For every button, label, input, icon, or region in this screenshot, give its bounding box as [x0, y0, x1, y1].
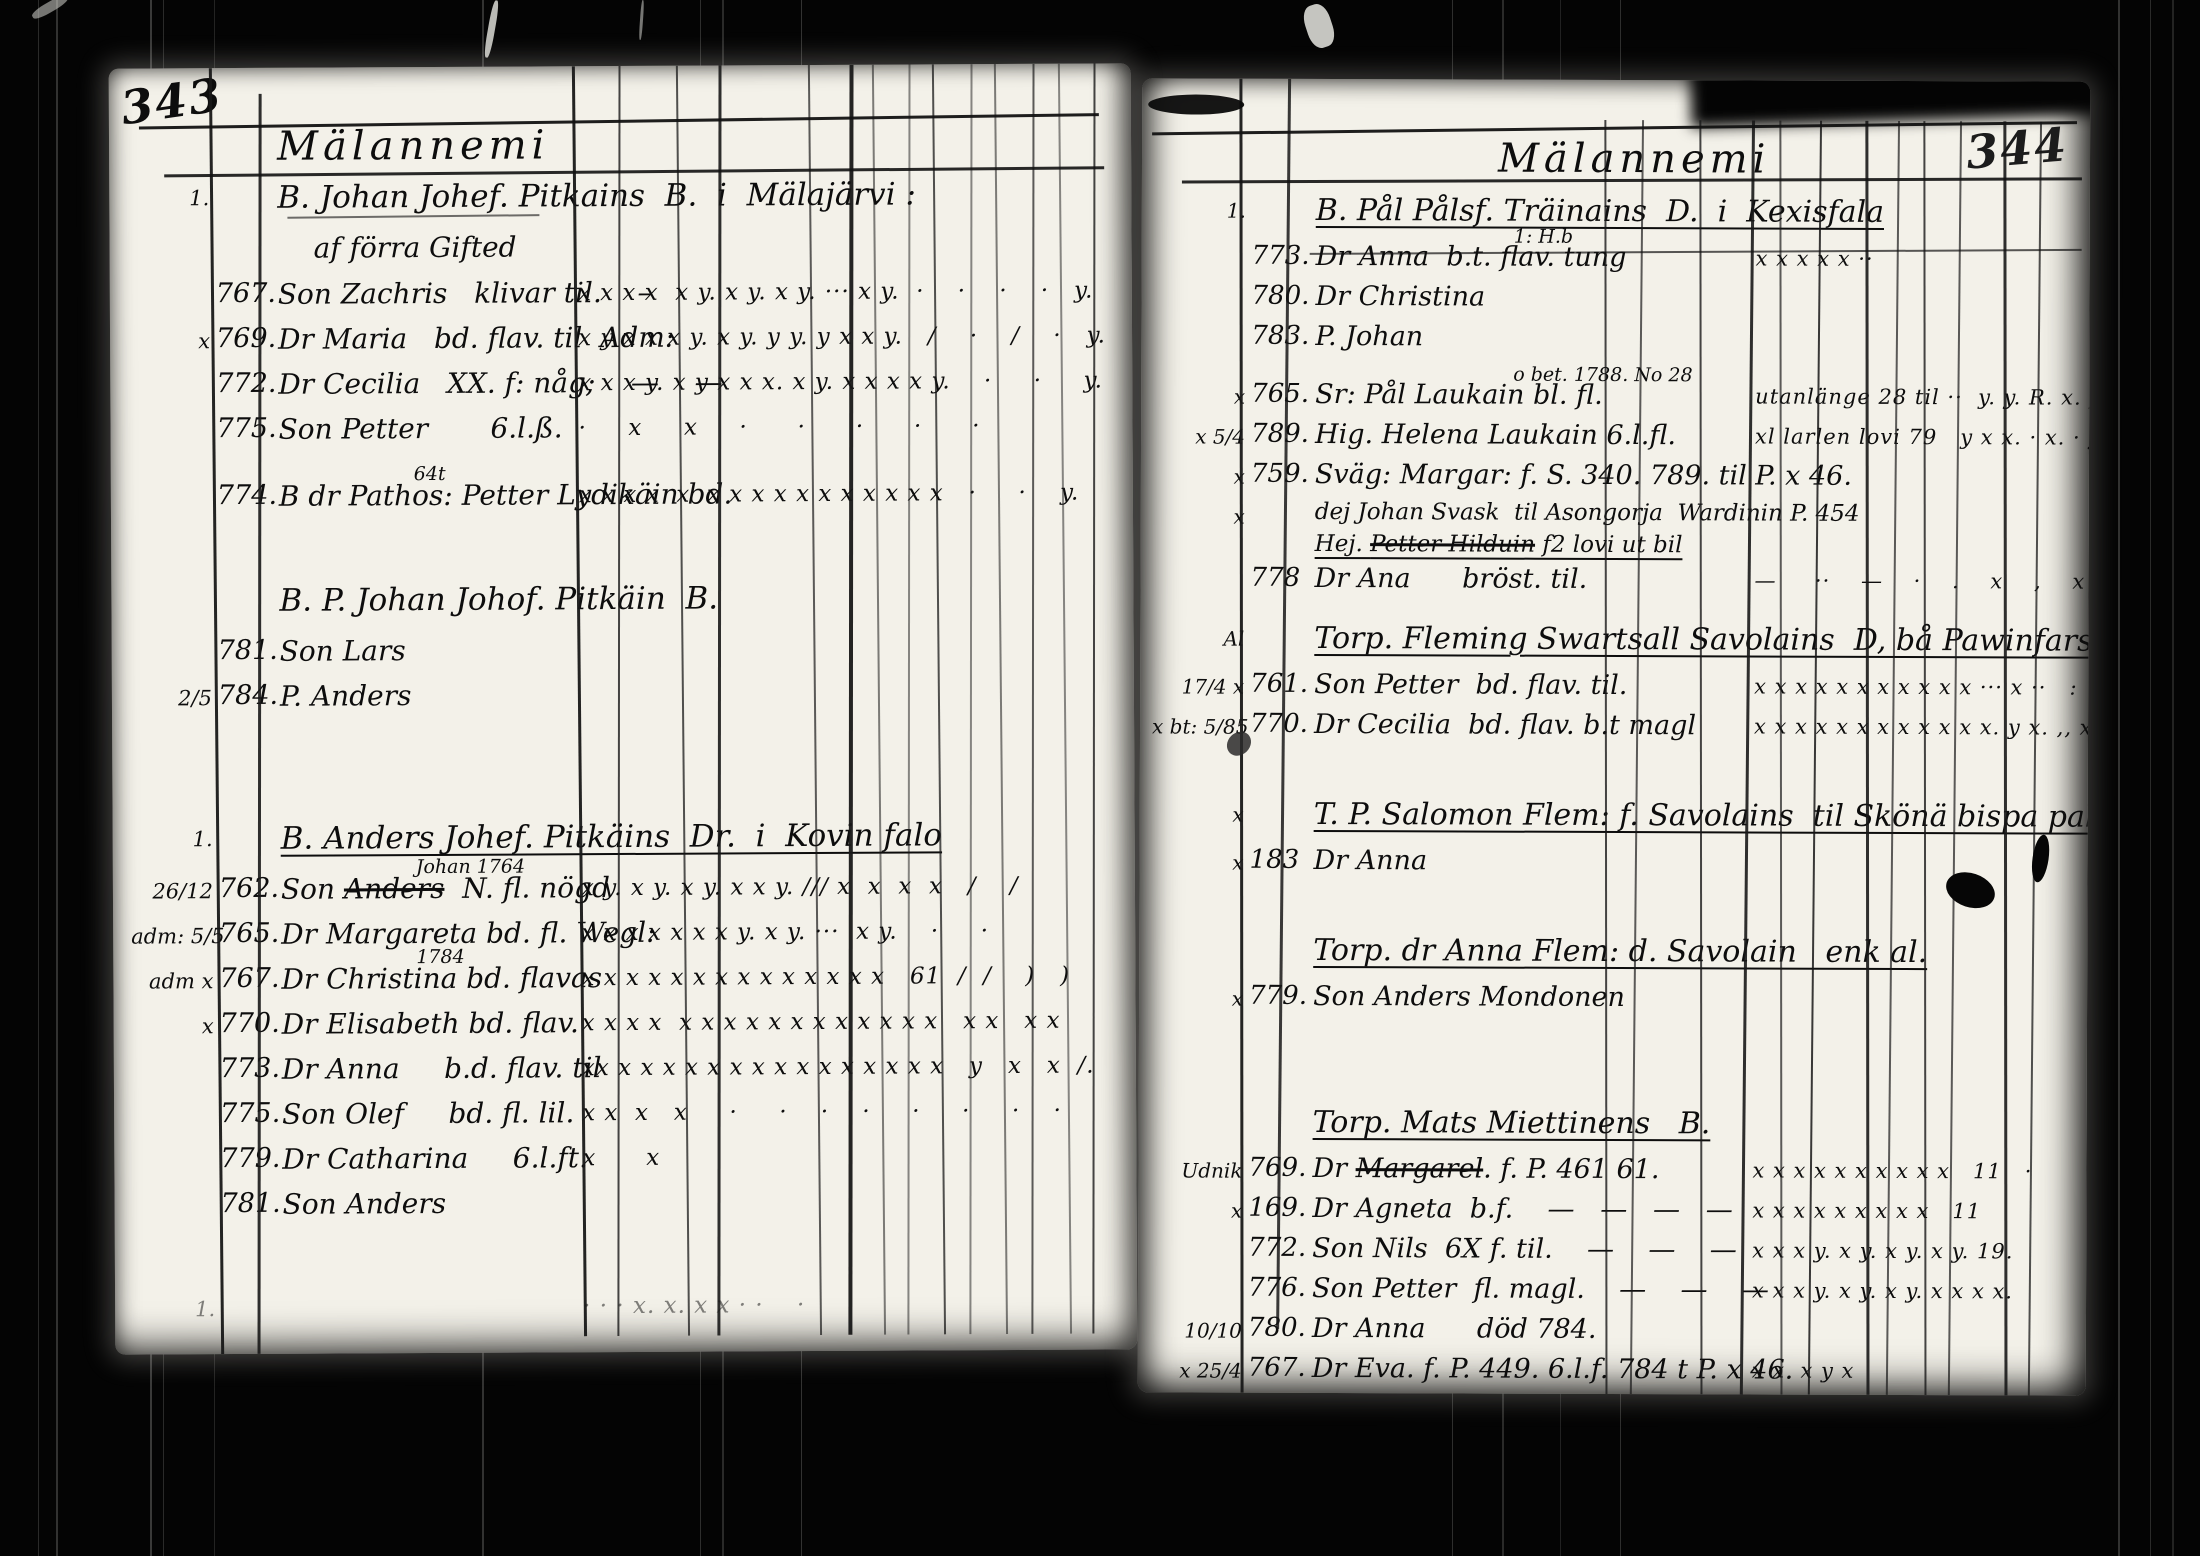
spacer	[129, 520, 1115, 583]
village-header-left: Mälannemi	[277, 122, 550, 169]
tally-marks: x x x x x x x x x x 11 ·	[1752, 1154, 2074, 1183]
record-number: 781.	[221, 1188, 283, 1219]
record-number: 780.	[1248, 1313, 1312, 1343]
margin-note: 1.	[133, 1291, 221, 1321]
entry-text: Son Anders	[283, 1186, 583, 1221]
entry-text: Son Olef bd. fl. lil.	[282, 1096, 582, 1131]
struck-name: Petter Hilduin	[1370, 531, 1535, 558]
entry-text-part: Hej.	[1315, 531, 1371, 557]
household-heading-row: Torp. Mats Miettinens B.	[1151, 1104, 2075, 1155]
entry-text: Dr Catharina 6.l.ft.	[282, 1141, 582, 1176]
entry-text: B. Pål Pålsf. Träinains D. i Kexisfala	[1316, 193, 2078, 231]
register-page-right: 344 Mälannemi 1.B. Pål Pålsf. Träinains …	[1138, 78, 2091, 1395]
entry-text: af förra Gifted	[277, 227, 1113, 264]
entry-text: Dr Eva. f. P. 449. 6.l.f. 784 t P. x 46.	[1312, 1353, 1752, 1386]
record-number: 780.	[1251, 281, 1315, 311]
record-row: 772.Dr Cecilia XX. f: någ; — —x x x y. x…	[128, 363, 1114, 413]
entry-text: Dr Cecilia bd. flav. b.t magl	[1314, 709, 1754, 742]
page-number-right: 344	[1964, 117, 2070, 179]
tally-marks: x x x x x x x x x 11	[1752, 1194, 2074, 1223]
entry-text: P. Anders	[280, 678, 580, 713]
record-number: 772.	[1248, 1233, 1312, 1263]
margin-note	[132, 1053, 220, 1059]
film-scratch	[30, 0, 70, 21]
margin-note: Al	[1152, 620, 1250, 650]
entry-text: B dr Pathos: Petter Lydikäin bd.64t	[279, 478, 579, 513]
margin-note	[1150, 1232, 1248, 1238]
film-scratch	[1300, 1, 1338, 51]
margin-note: 1.	[127, 180, 215, 210]
record-number: 770.	[220, 1008, 282, 1039]
margin-note	[132, 1143, 220, 1149]
entry-text: Hig. Helena Laukain 6.l.fl.	[1315, 419, 1755, 452]
margin-note	[1154, 240, 1252, 246]
entry-text: P. Johan	[1315, 321, 1755, 354]
film-scratch	[639, 0, 645, 40]
film-scratch	[56, 0, 58, 1556]
household-heading-row: B. P. Johan Johof. Pitkäin B.	[129, 578, 1115, 635]
record-number: 762.	[219, 873, 281, 904]
entry-text: Dr Cecilia XX. f: någ; — —	[278, 366, 578, 401]
margin-note	[129, 583, 217, 589]
spacer	[1151, 1020, 2075, 1107]
record-number: 772.	[216, 368, 278, 399]
entry-text: Sr: Pål Laukain bl. fl.o bet. 1788. No 2…	[1315, 379, 1755, 412]
superscript-note: Johan 1764	[416, 856, 525, 879]
margin-note	[1154, 280, 1252, 286]
margin-note: x	[1153, 378, 1251, 408]
tally-marks: x x x x x x x x x x x x. y x. ,, x x	[1754, 710, 2090, 739]
record-row: x779.Son Anders Mondonen	[1151, 980, 2075, 1023]
record-number: 774.	[217, 480, 279, 511]
entry-text: Son Lars	[280, 633, 580, 668]
record-number: 775.	[216, 413, 278, 444]
margin-note	[128, 413, 216, 419]
margin-note	[1151, 932, 1249, 938]
record-number: 759.	[1251, 459, 1315, 489]
entry-text-part: Son	[281, 872, 344, 905]
record-row: Hej. Petter Hilduin f2 lovi ut bil	[1153, 530, 2077, 565]
record-row: 773.Dr Anna b.t. flav. tung1: H.bx x x x…	[1154, 240, 2078, 283]
record-number: 776.	[1248, 1273, 1312, 1303]
entry-text: Dr Christina bd. flavas1784	[281, 961, 581, 996]
record-row: 1.· · · x. x. x x · · ·	[133, 1286, 1119, 1336]
superscript-note: 1: H.b	[1514, 226, 1573, 248]
entry-text: Son Nils 6X f. til. — — —	[1312, 1233, 1752, 1266]
record-row: 17/4 x761.Son Petter bd. flav. til.x x x…	[1152, 668, 2076, 711]
record-row: 767.Son Zachris klivar til. –x x x x x y…	[128, 273, 1114, 323]
record-number: 767.	[1248, 1353, 1312, 1383]
margin-note	[133, 1188, 221, 1194]
entry-text: T. P. Salomon Flem: f. Savolains til Skö…	[1314, 797, 2076, 835]
record-row: x759.Sväg: Margar: f. S. 340. 789. til P…	[1153, 458, 2077, 501]
margin-note: x	[1151, 980, 1249, 1010]
margin-note: x	[1153, 458, 1251, 488]
margin-note: 2/5	[130, 680, 218, 710]
record-row: x765.Sr: Pål Laukain bl. fl.o bet. 1788.…	[1153, 378, 2077, 421]
entry-text: Dr Christina	[1315, 281, 1755, 314]
margin-note	[132, 1098, 220, 1104]
entry-text: Dr Maria bd. flav. til Adm:	[278, 321, 578, 356]
record-number: 169.	[1248, 1193, 1312, 1223]
record-number: 775.	[220, 1098, 282, 1129]
margin-note	[1151, 1104, 1249, 1110]
household-heading-row: xT. P. Salomon Flem: f. Savolains til Sk…	[1152, 796, 2076, 847]
superscript-note: 64t	[414, 463, 446, 485]
entry-text: Torp. Mats Miettinens B.	[1313, 1105, 2075, 1143]
entry-text: B. Anders Johef. Pitkäins Dr. i Kovin fa…	[281, 816, 1117, 856]
entries-right: 1.B. Pål Pålsf. Träinains D. i Kexisfala…	[1150, 192, 2078, 1395]
ruled-line-horizontal	[1152, 121, 2077, 135]
margin-note: x 5/4	[1153, 418, 1251, 448]
entry-text: B. Johan Johef. Pitkains B. i Mälajärvi …	[277, 175, 1113, 215]
record-row: Udnik769.Dr Margarel. f. P. 461 61.x x x…	[1150, 1152, 2074, 1195]
record-number: 781.	[218, 635, 280, 666]
margin-note	[130, 635, 218, 641]
margin-note: 1.	[1154, 192, 1252, 222]
entry-text: Dr Margarel. f. P. 461 61.	[1312, 1153, 1752, 1186]
superscript-note: o bet. 1788. No 28	[1513, 364, 1692, 387]
margin-note	[1153, 320, 1251, 326]
struck-name: Margarel	[1356, 1153, 1484, 1184]
film-scratch	[2172, 0, 2174, 1556]
entry-text: Son Zachris klivar til. –	[278, 276, 578, 311]
margin-note	[1153, 530, 1251, 536]
margin-note: 1.	[131, 821, 219, 851]
record-row: x769.Dr Maria bd. flav. til Adm:x y x x …	[128, 318, 1114, 368]
record-row: 780.Dr Christina	[1153, 280, 2077, 323]
margin-note: 26/12	[131, 873, 219, 903]
record-number: 767.	[219, 963, 281, 994]
margin-note	[129, 480, 217, 486]
record-number: 789.	[1251, 419, 1315, 449]
spacer	[130, 720, 1116, 821]
record-number: 767.	[216, 278, 278, 309]
record-number: 784.	[218, 680, 280, 711]
record-row: 781.Son Lars	[130, 630, 1116, 680]
entry-text: Hej. Petter Hilduin f2 lovi ut bil	[1315, 531, 2077, 560]
tally-marks: x x x x x x x x x x x ··· x ·· : x	[1754, 670, 2090, 699]
tally-marks: x x x y x	[1752, 1354, 2074, 1383]
record-row: 2/5784.P. Anders	[130, 675, 1116, 725]
entry-text: Dr Elisabeth bd. flav.	[282, 1006, 582, 1041]
entry-text: Torp. Fleming Swartsall Savolains D, bå …	[1314, 621, 2076, 659]
superscript-note: 1784	[416, 946, 464, 968]
entry-text: Sväg: Margar: f. S. 340. 789. til P. x 4…	[1315, 459, 1755, 492]
tally-marks: x x x y. x y. x y. x y. 19.	[1752, 1234, 2074, 1263]
margin-note: x	[1152, 844, 1250, 874]
margin-note: x	[1153, 498, 1251, 528]
record-row: x 25/4767.Dr Eva. f. P. 449. 6.l.f. 784 …	[1150, 1352, 2074, 1395]
spacer	[1151, 884, 2075, 935]
record-row: af förra Gifted	[127, 227, 1113, 278]
entry-text: dej Johan Svask til Asongorja Wardinin P…	[1315, 499, 2077, 528]
entry-text: Torp. dr Anna Flem: d. Savolain enk al.	[1313, 933, 2075, 971]
record-number: 769.	[1248, 1153, 1312, 1183]
spacer	[133, 1228, 1119, 1291]
spacer	[1152, 748, 2076, 799]
entry-text: Dr Ana bröst. til.	[1314, 563, 1754, 596]
household-heading-row: AlTorp. Fleming Swartsall Savolains D, b…	[1152, 620, 2076, 671]
margin-note: 17/4 x	[1152, 668, 1250, 698]
margin-note	[128, 278, 216, 284]
tally-marks: x x x x x ··	[1756, 242, 2078, 271]
record-row: x169.Dr Agneta b.f. — — — —x x x x x x x…	[1150, 1192, 2074, 1235]
record-number: 773.	[220, 1053, 282, 1084]
entry-text: Dr Anna död 784.	[1312, 1313, 1752, 1346]
entry-text: Dr Agneta b.f. — — — —	[1312, 1193, 1752, 1226]
tally-marks: x x x y. x y. x y. x x x x.	[1752, 1274, 2074, 1303]
record-row: 776.Son Petter fl. magl. — — —x x x y. x…	[1150, 1272, 2074, 1315]
entry-text: B. P. Johan Johof. Pitkäin B.	[279, 578, 1115, 618]
record-row: xdej Johan Svask til Asongorja Wardinin …	[1153, 498, 2077, 533]
household-heading-row: Torp. dr Anna Flem: d. Savolain enk al.	[1151, 932, 2075, 983]
film-scratch	[38, 0, 39, 1556]
register-page-left: 343 Mälannemi 1.B. Johan Johef. Pitkains…	[109, 63, 1138, 1354]
margin-note: Udnik	[1150, 1152, 1248, 1182]
margin-note: x	[1150, 1192, 1248, 1222]
margin-note	[128, 368, 216, 374]
film-scratch	[2150, 0, 2151, 1556]
margin-note	[1150, 1272, 1248, 1278]
entry-text: Son Petter bd. flav. til.	[1314, 669, 1754, 702]
film-scratch	[2118, 0, 2120, 1556]
margin-note	[1153, 562, 1251, 568]
village-header-right: Mälannemi	[1498, 136, 1771, 183]
record-number: 783.	[1251, 321, 1315, 351]
margin-note: x	[128, 323, 216, 353]
entry-text: Son Petter 6.l.ß.	[278, 411, 578, 446]
entry-text: Son Anders N. fl. nögdJohan 1764	[281, 871, 581, 906]
film-scratch	[483, 0, 500, 58]
entry-text: Son Anders Mondonen	[1313, 981, 1753, 1014]
margin-note: x	[1152, 796, 1250, 826]
entry-text: Dr Anna b.t. flav. tung1: H.b	[1316, 241, 1756, 274]
record-number: 779.	[220, 1143, 282, 1174]
record-row: x bt: 5/85770.Dr Cecilia bd. flav. b.t m…	[1152, 708, 2076, 751]
record-number: 773.	[1252, 241, 1316, 271]
margin-note: adm x	[131, 963, 219, 993]
ink-blob	[1148, 94, 1244, 114]
record-row: 774.B dr Pathos: Petter Lydikäin bd.64tx…	[129, 475, 1115, 525]
microfilm-frame: 343 Mälannemi 1.B. Johan Johef. Pitkains…	[0, 0, 2200, 1556]
entry-text: Dr Anna b.d. flav. til	[282, 1051, 582, 1086]
record-row: x183Dr Anna	[1151, 844, 2075, 887]
record-row: 10/10780.Dr Anna död 784.	[1150, 1312, 2074, 1355]
entry-text-part: Dr	[1312, 1153, 1355, 1184]
record-row: 775.Son Petter 6.l.ß.· x x · · · · ·	[128, 408, 1114, 458]
entry-text: Dr Anna	[1314, 845, 1754, 878]
record-number: 765.	[1251, 379, 1315, 409]
margin-note: x	[132, 1008, 220, 1038]
record-number: 765.	[219, 918, 281, 949]
ruled-line-horizontal	[1182, 177, 2082, 183]
record-row: 778Dr Ana bröst. til.— ·· — · . x , x	[1152, 562, 2076, 605]
record-row: 772.Son Nils 6X f. til. — — —x x x y. x …	[1150, 1232, 2074, 1275]
record-row: x 5/4789.Hig. Helena Laukain 6.l.fl.xl l…	[1153, 418, 2077, 461]
entry-text-part: f2 lovi ut bil	[1535, 532, 1683, 559]
household-heading-row: 1.B. Pål Pålsf. Träinains D. i Kexisfala	[1154, 192, 2078, 243]
margin-note	[127, 232, 215, 238]
margin-note: 10/10	[1150, 1312, 1248, 1342]
record-number: 769.	[216, 323, 278, 354]
entry-text: Son Petter fl. magl. — — —	[1312, 1273, 1752, 1306]
margin-note: adm: 5/5	[131, 918, 219, 948]
record-row: 783.P. Johan	[1153, 320, 2077, 363]
margin-note: x 25/4	[1150, 1352, 1248, 1382]
